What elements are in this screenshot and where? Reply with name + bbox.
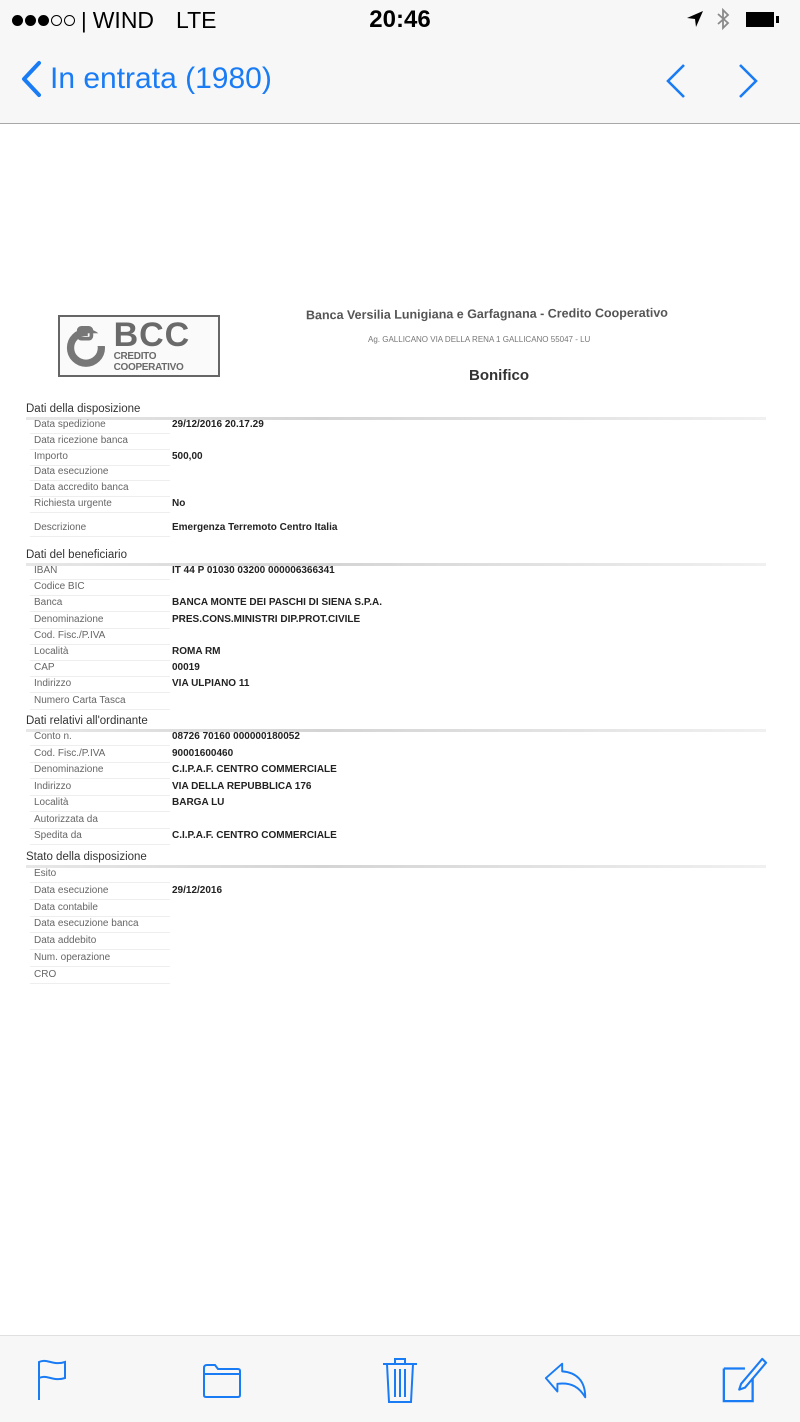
- field-label: Indirizzo: [34, 781, 71, 792]
- field-label: Data accredito banca: [34, 482, 129, 493]
- field-row: IndirizzoVIA DELLA REPUBBLICA 176: [22, 781, 762, 797]
- field-row: Autorizzata da: [22, 814, 762, 830]
- field-value: No: [172, 498, 185, 509]
- back-to-inbox-button[interactable]: In entrata (1980): [20, 60, 272, 98]
- field-label: IBAN: [34, 565, 57, 576]
- field-value: 29/12/2016: [172, 885, 222, 896]
- field-label: Denominazione: [34, 764, 104, 775]
- field-value: Emergenza Terremoto Centro Italia: [172, 522, 337, 533]
- section-heading: Dati del beneficiario: [26, 549, 127, 561]
- field-label: Descrizione: [34, 522, 86, 533]
- field-label: Data contabile: [34, 902, 98, 913]
- location-arrow-icon: [686, 10, 704, 28]
- section-heading: Stato della disposizione: [26, 851, 147, 863]
- field-label: CAP: [34, 662, 55, 673]
- reply-arrow-icon: [543, 1360, 591, 1400]
- field-row: DenominazioneC.I.P.A.F. CENTRO COMMERCIA…: [22, 764, 762, 780]
- field-label: Località: [34, 797, 68, 808]
- field-row: Cod. Fisc./P.IVA: [22, 630, 762, 646]
- message-body[interactable]: BCC CREDITO COOPERATIVO Banca Versilia L…: [0, 125, 800, 1335]
- move-folder-button[interactable]: [198, 1356, 246, 1404]
- reply-button[interactable]: [543, 1356, 591, 1404]
- field-label: Banca: [34, 597, 62, 608]
- bottom-toolbar: [0, 1335, 800, 1422]
- field-row: Spedita daC.I.P.A.F. CENTRO COMMERCIALE: [22, 830, 762, 846]
- status-bar: | WIND LTE 20:46: [0, 0, 800, 40]
- field-value: 00019: [172, 662, 200, 673]
- field-label: Data addebito: [34, 935, 96, 946]
- attachment-image-bonifico[interactable]: BCC CREDITO COOPERATIVO Banca Versilia L…: [22, 295, 782, 985]
- field-row: DenominazionePRES.CONS.MINISTRI DIP.PROT…: [22, 614, 762, 630]
- field-row: CRO: [22, 969, 762, 985]
- logo-subtitle: CREDITO COOPERATIVO: [114, 351, 218, 373]
- field-label: Data ricezione banca: [34, 435, 128, 446]
- field-value: BANCA MONTE DEI PASCHI DI SIENA S.P.A.: [172, 597, 382, 608]
- section-heading: Dati della disposizione: [26, 403, 140, 415]
- field-row: Data addebito: [22, 935, 762, 951]
- field-row: BancaBANCA MONTE DEI PASCHI DI SIENA S.P…: [22, 597, 762, 613]
- field-row: LocalitàBARGA LU: [22, 797, 762, 813]
- field-value: 90001600460: [172, 748, 233, 759]
- field-value: 08726 70160 000000180052: [172, 731, 300, 742]
- field-row: Num. operazione: [22, 952, 762, 968]
- field-value: BARGA LU: [172, 797, 224, 808]
- chevron-down-next-icon: [736, 62, 760, 100]
- field-label: Num. operazione: [34, 952, 110, 963]
- flag-button[interactable]: [29, 1356, 77, 1404]
- battery-icon: [746, 12, 774, 27]
- bluetooth-icon: [716, 8, 730, 30]
- field-row: Importo500,00: [22, 451, 762, 467]
- field-label: Spedita da: [34, 830, 82, 841]
- field-label: Indirizzo: [34, 678, 71, 689]
- field-row: LocalitàROMA RM: [22, 646, 762, 662]
- field-row: IndirizzoVIA ULPIANO 11: [22, 678, 762, 694]
- field-row: Data contabile: [22, 902, 762, 918]
- field-label: Conto n.: [34, 731, 72, 742]
- field-row: Data esecuzione banca: [22, 918, 762, 934]
- field-label: Importo: [34, 451, 68, 462]
- chevron-left-icon: [20, 60, 42, 98]
- field-value: C.I.P.A.F. CENTRO COMMERCIALE: [172, 764, 337, 775]
- field-label: Data esecuzione banca: [34, 918, 139, 929]
- document-title: Bonifico: [469, 367, 529, 384]
- field-value: 500,00: [172, 451, 203, 462]
- bcc-logo: BCC CREDITO COOPERATIVO: [58, 315, 220, 377]
- status-right: [686, 8, 774, 30]
- field-row: Esito: [22, 868, 762, 884]
- logo-bcc-text: BCC: [114, 319, 218, 351]
- field-row: Data spedizione29/12/2016 20.17.29: [22, 419, 762, 435]
- compose-button[interactable]: [720, 1356, 768, 1404]
- field-row: Richiesta urgenteNo: [22, 498, 762, 514]
- field-value: C.I.P.A.F. CENTRO COMMERCIALE: [172, 830, 337, 841]
- field-row: CAP00019: [22, 662, 762, 678]
- status-left: | WIND LTE: [12, 7, 217, 34]
- field-value: ROMA RM: [172, 646, 221, 657]
- folder-icon: [200, 1360, 244, 1400]
- bank-address: Ag. GALLICANO VIA DELLA RENA 1 GALLICANO…: [368, 335, 590, 344]
- field-label: Località: [34, 646, 68, 657]
- flag-icon: [33, 1358, 73, 1402]
- field-value: VIA ULPIANO 11: [172, 678, 249, 689]
- field-value: VIA DELLA REPUBBLICA 176: [172, 781, 311, 792]
- field-row: Data esecuzione: [22, 466, 762, 482]
- field-label: Autorizzata da: [34, 814, 98, 825]
- field-row: Codice BIC: [22, 581, 762, 597]
- compose-icon: [720, 1356, 768, 1404]
- trash-icon: [380, 1355, 420, 1405]
- section-heading: Dati relativi all'ordinante: [26, 715, 148, 727]
- trash-button[interactable]: [376, 1356, 424, 1404]
- field-label: Cod. Fisc./P.IVA: [34, 630, 105, 641]
- field-row: Data accredito banca: [22, 482, 762, 498]
- field-row: Numero Carta Tasca: [22, 695, 762, 711]
- next-message-button[interactable]: [736, 62, 760, 105]
- carrier-name: WIND: [93, 7, 154, 34]
- field-label: Richiesta urgente: [34, 498, 112, 509]
- field-label: Cod. Fisc./P.IVA: [34, 748, 105, 759]
- chevron-up-prev-icon: [664, 62, 688, 100]
- field-label: Esito: [34, 868, 56, 879]
- field-label: Denominazione: [34, 614, 104, 625]
- field-label: CRO: [34, 969, 56, 980]
- field-row: Cod. Fisc./P.IVA90001600460: [22, 748, 762, 764]
- field-label: Data esecuzione: [34, 885, 109, 896]
- field-row: Data ricezione banca: [22, 435, 762, 451]
- field-label: Codice BIC: [34, 581, 85, 592]
- field-label: Numero Carta Tasca: [34, 695, 126, 706]
- signal-strength-icon: [12, 15, 75, 26]
- bank-name: Banca Versilia Lunigiana e Garfagnana - …: [306, 306, 668, 323]
- field-value: 29/12/2016 20.17.29: [172, 419, 264, 430]
- field-label: Data spedizione: [34, 419, 106, 430]
- field-row: DescrizioneEmergenza Terremoto Centro It…: [22, 522, 762, 538]
- network-type: LTE: [176, 7, 216, 34]
- field-row: IBANIT 44 P 01030 03200 000006366341: [22, 565, 762, 581]
- field-value: PRES.CONS.MINISTRI DIP.PROT.CIVILE: [172, 614, 360, 625]
- navigation-bar: In entrata (1980): [0, 40, 800, 124]
- status-separator: |: [81, 8, 87, 34]
- field-label: Data esecuzione: [34, 466, 109, 477]
- back-label: In entrata (1980): [50, 62, 272, 96]
- field-value: IT 44 P 01030 03200 000006366341: [172, 565, 335, 576]
- bcc-logo-mark-icon: [66, 322, 110, 370]
- field-row: Conto n.08726 70160 000000180052: [22, 731, 762, 747]
- previous-message-button[interactable]: [664, 62, 688, 105]
- field-row: Data esecuzione29/12/2016: [22, 885, 762, 901]
